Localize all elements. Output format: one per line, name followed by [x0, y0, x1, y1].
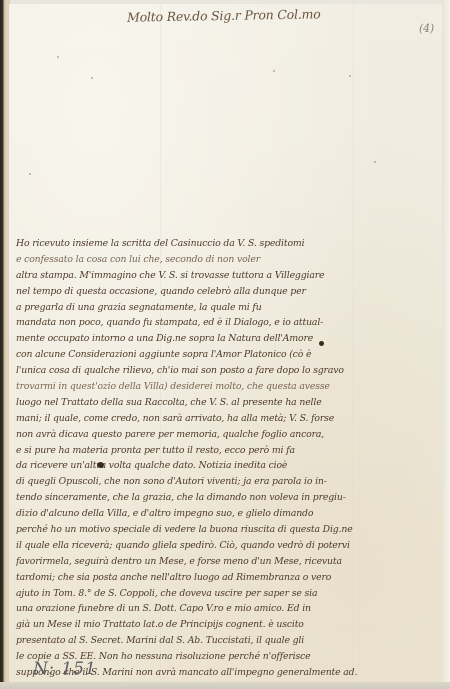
letter-line: luogo nel Trattato della sua Raccolta, c… [16, 395, 434, 411]
letter-line: già un Mese il mio Trattato lat.o de Pri… [16, 617, 434, 633]
letter-line: l'unica cosa di qualche rilievo, ch'io m… [16, 363, 434, 379]
letter-line: di quegli Opuscoli, che non sono d'Autor… [16, 474, 434, 490]
letter-line: ajuto in Tom. 8.° de S. Coppoli, che dov… [16, 586, 434, 602]
scan-bottom-edge [0, 682, 450, 689]
folio-number: (4) [419, 22, 434, 35]
letter-line: non avrà dicava questo parere per memori… [16, 427, 434, 443]
letter-line: e si pure ha materia pronta per tutto il… [16, 443, 434, 459]
letter-line: mani; il quale, come credo, non sarà arr… [16, 411, 434, 427]
letter-line: a pregarla di una grazia segnatamente, l… [16, 300, 434, 316]
letter-line: dizio d'alcuno della Villa, e d'altro im… [16, 506, 434, 522]
shelfmark-number: N: 151 [33, 659, 97, 679]
paper-speck [29, 173, 31, 175]
letter-line: il quale ella riceverà; quando gliela sp… [16, 538, 434, 554]
paper-speck [91, 77, 93, 79]
page-edge [442, 0, 450, 689]
paper-speck [349, 75, 351, 77]
letter-line: Ho ricevuto insieme la scritta del Casin… [16, 236, 434, 252]
letter-line: tendo sinceramente, che la grazia, che l… [16, 490, 434, 506]
letter-body: Ho ricevuto insieme la scritta del Casin… [16, 236, 434, 681]
letter-line: tardomi; che sia posta anche nell'altro … [16, 570, 434, 586]
letter-line: presentato al S. Secret. Marini dal S. A… [16, 633, 434, 649]
letter-line: e confessato la cosa con lui che, second… [16, 252, 434, 268]
paper-speck [273, 70, 275, 72]
letter-line: trovarmi in quest'ozio della Villa) desi… [16, 379, 434, 395]
letter-line: altra stampa. M'immagino che V. S. si tr… [16, 268, 434, 284]
manuscript-scan: Molto Rev.do Sig.r Pron Col.mo (4) Ho ri… [0, 0, 450, 689]
ink-blot [97, 462, 104, 468]
letter-line: favorirmela, seguirà dentro un Mese, e f… [16, 554, 434, 570]
letter-line: da ricevere un'altra volta qualche dato.… [16, 458, 434, 474]
paper-speck [57, 56, 59, 58]
letter-line: nel tempo di questa occasione, quando ce… [16, 284, 434, 300]
ink-blot [319, 341, 324, 346]
letter-line: perché ho un motivo speciale di vedere l… [16, 522, 434, 538]
paper-speck [374, 161, 376, 163]
letter-line: mandata non poco, quando fu stampata, ed… [16, 315, 434, 331]
letter-line: con alcune Considerazioni aggiunte sopra… [16, 347, 434, 363]
letter-line: mente occupato intorno a una Dig.ne sopr… [16, 331, 434, 347]
letter-line: una orazione funebre di un S. Dott. Capo… [16, 601, 434, 617]
